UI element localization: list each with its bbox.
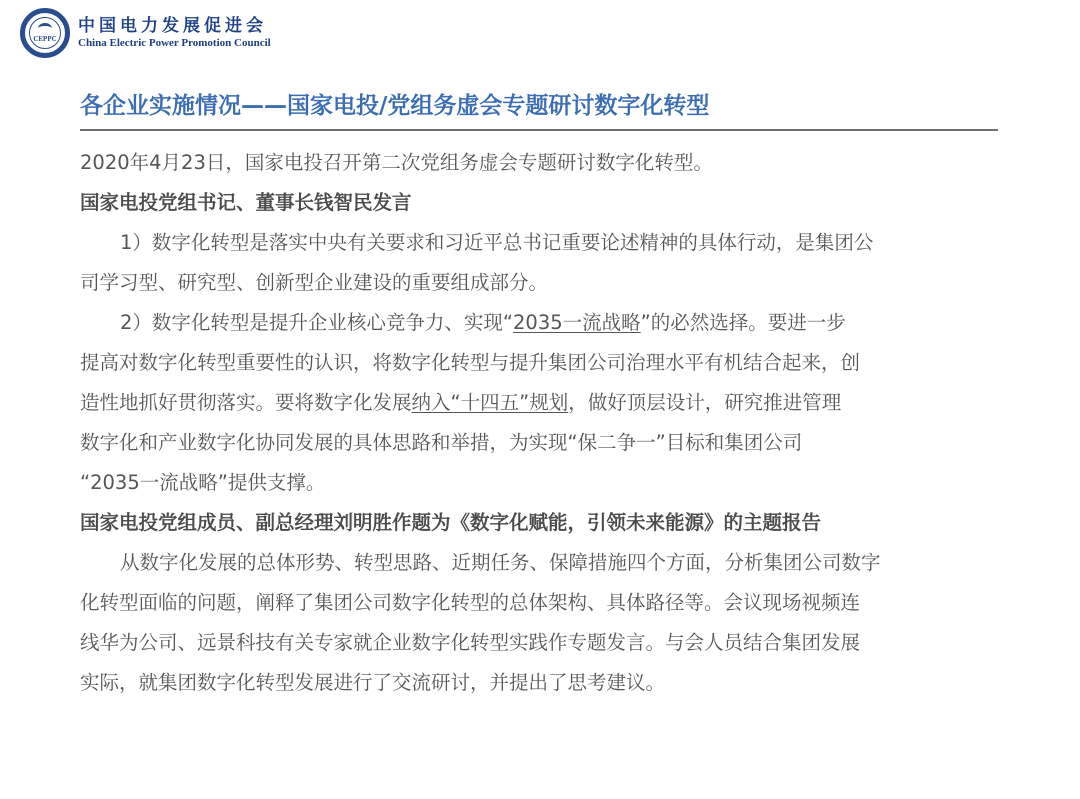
- ceppc-logo-icon: CEPPC: [20, 8, 70, 58]
- point2-line1-a: 2）数字化转型是提升企业核心竞争力、实现“: [120, 311, 513, 334]
- logo-arc-icon: [38, 23, 52, 34]
- header: CEPPC 中国电力发展促进会 China Electric Power Pro…: [20, 8, 271, 58]
- underlined-2035-strategy: 2035一流战略: [513, 311, 641, 334]
- org-name-cn: 中国电力发展促进会: [78, 16, 271, 36]
- section2-line4: 实际，就集团数字化转型发展进行了交流研讨，并提出了思考建议。: [80, 663, 1005, 703]
- section2-line2: 化转型面临的问题，阐释了集团公司数字化转型的总体架构、具体路径等。会议现场视频连: [80, 583, 1005, 623]
- point2-line2: 提高对数字化转型重要性的认识，将数字化转型与提升集团公司治理水平有机结合起来，创: [80, 343, 1005, 383]
- intro-text: 2020年4月23日，国家电投召开第二次党组务虚会专题研讨数字化转型。: [80, 143, 1005, 183]
- point2-line5: “2035一流战略”提供支撑。: [80, 463, 1005, 503]
- section2-line3: 线华为公司、远景科技有关专家就企业数字化转型实践作专题发言。与会人员结合集团发展: [80, 623, 1005, 663]
- section2-heading: 国家电投党组成员、副总经理刘明胜作题为《数字化赋能，引领未来能源》的主题报告: [80, 503, 1005, 543]
- org-names: 中国电力发展促进会 China Electric Power Promotion…: [78, 16, 271, 50]
- point2-line3: 造性地抓好贯彻落实。要将数字化发展纳入“十四五”规划，做好顶层设计，研究推进管理: [80, 383, 1005, 423]
- logo-emblem: CEPPC: [29, 17, 61, 49]
- point2-line1: 2）数字化转型是提升企业核心竞争力、实现“2035一流战略”的必然选择。要进一步: [80, 303, 1005, 343]
- point2-line4: 数字化和产业数字化协同发展的具体思路和举措，为实现“保二争一”目标和集团公司: [80, 423, 1005, 463]
- point2-line1-b: ”的必然选择。要进一步: [641, 311, 846, 334]
- section1-heading: 国家电投党组书记、董事长钱智民发言: [80, 183, 1005, 223]
- slide-title: 各企业实施情况——国家电投/党组务虚会专题研讨数字化转型: [80, 88, 709, 124]
- section2-line1: 从数字化发展的总体形势、转型思路、近期任务、保障措施四个方面，分析集团公司数字: [80, 543, 1005, 583]
- point1-line2: 司学习型、研究型、创新型企业建设的重要组成部分。: [80, 263, 1005, 303]
- title-divider: [80, 129, 998, 131]
- point1-line1: 1）数字化转型是落实中央有关要求和习近平总书记重要论述精神的具体行动，是集团公: [80, 223, 1005, 263]
- underlined-14th-five-year-plan: 纳入“十四五”规划: [412, 391, 569, 414]
- org-name-en: China Electric Power Promotion Council: [78, 36, 271, 50]
- point2-line3-a: 造性地抓好贯彻落实。要将数字化发展: [80, 391, 412, 414]
- slide-content: 2020年4月23日，国家电投召开第二次党组务虚会专题研讨数字化转型。 国家电投…: [80, 143, 1005, 703]
- logo-text: CEPPC: [33, 35, 56, 43]
- point2-line3-b: ，做好顶层设计，研究推进管理: [568, 391, 841, 414]
